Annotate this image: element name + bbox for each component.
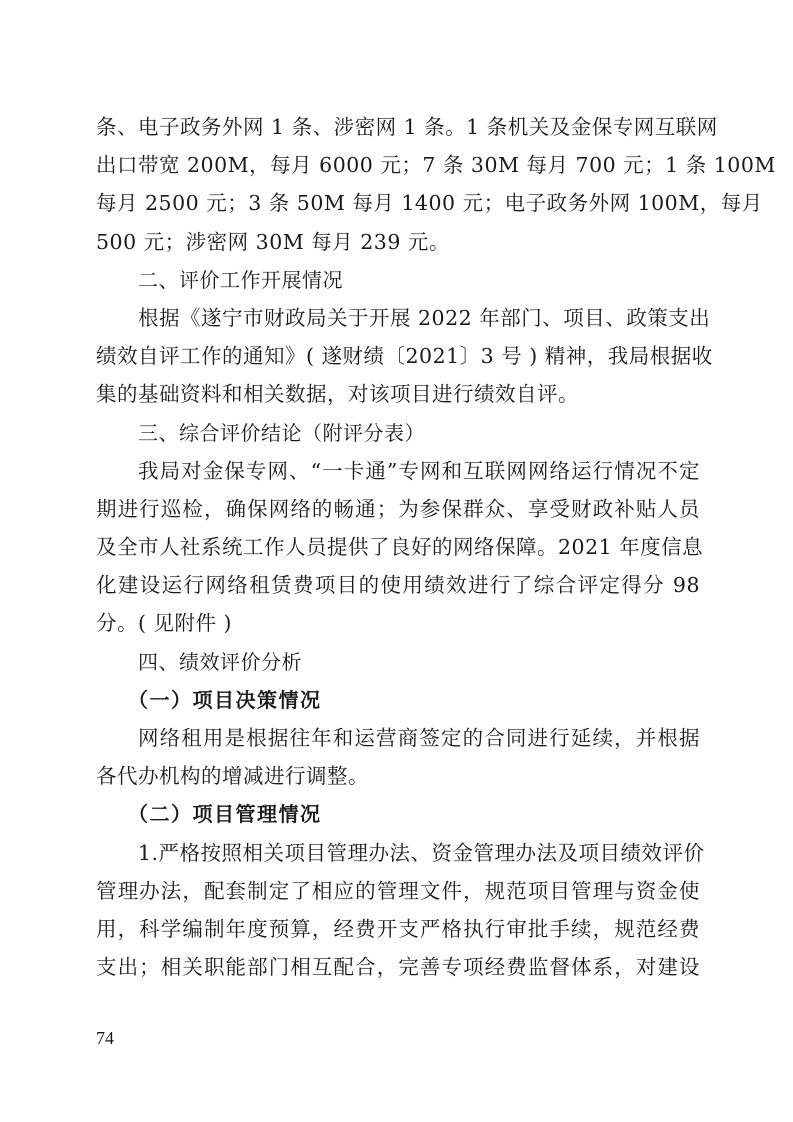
paragraph-line: 及全市人社系统工作人员提供了良好的网络保障。2021 年度信息 [96, 528, 700, 566]
section-heading: 四、绩效评价分析 [96, 643, 700, 681]
paragraph-line: 每月 2500 元；3 条 50M 每月 1400 元；电子政务外网 100M，… [96, 184, 700, 222]
paragraph-line: 网络租用是根据往年和运营商签定的合同进行延续，并根据 [96, 719, 700, 757]
subsection-heading: （二）项目管理情况 [96, 795, 700, 833]
paragraph-line: 条、电子政务外网 1 条、涉密网 1 条。1 条机关及金保专网互联网 [96, 108, 700, 146]
paragraph-line: 我局对金保专网、“一卡通”专网和互联网网络运行情况不定 [96, 452, 700, 490]
paragraph-line: 支出；相关职能部门相互配合，完善专项经费监督体系，对建设 [96, 948, 700, 986]
paragraph-line: 各代办机构的增减进行调整。 [96, 757, 700, 795]
paragraph-line: 集的基础资料和相关数据，对该项目进行绩效自评。 [96, 375, 700, 413]
section-heading: 二、评价工作开展情况 [96, 261, 700, 299]
paragraph-line: 化建设运行网络租赁费项目的使用绩效进行了综合评定得分 98 [96, 566, 700, 604]
document-page: 条、电子政务外网 1 条、涉密网 1 条。1 条机关及金保专网互联网 出口带宽 … [96, 108, 700, 986]
section-heading: 三、综合评价结论（附评分表） [96, 414, 700, 452]
paragraph-line: 期进行巡检，确保网络的畅通；为参保群众、享受财政补贴人员 [96, 490, 700, 528]
subsection-heading: （一）项目决策情况 [96, 681, 700, 719]
paragraph-line: 管理办法，配套制定了相应的管理文件，规范项目管理与资金使 [96, 872, 700, 910]
paragraph-line: 根据《遂宁市财政局关于开展 2022 年部门、项目、政策支出 [96, 299, 700, 337]
paragraph-line: 500 元；涉密网 30M 每月 239 元。 [96, 223, 700, 261]
paragraph-line: 分。( 见附件 ) [96, 604, 700, 642]
paragraph-line: 1.严格按照相关项目管理办法、资金管理办法及项目绩效评价 [96, 834, 700, 872]
paragraph-line: 绩效自评工作的通知》( 遂财绩〔2021〕3 号 ) 精神，我局根据收 [96, 337, 700, 375]
page-number: 74 [96, 1028, 114, 1049]
paragraph-line: 出口带宽 200M，每月 6000 元；7 条 30M 每月 700 元；1 条… [96, 146, 700, 184]
paragraph-line: 用，科学编制年度预算，经费开支严格执行审批手续，规范经费 [96, 910, 700, 948]
